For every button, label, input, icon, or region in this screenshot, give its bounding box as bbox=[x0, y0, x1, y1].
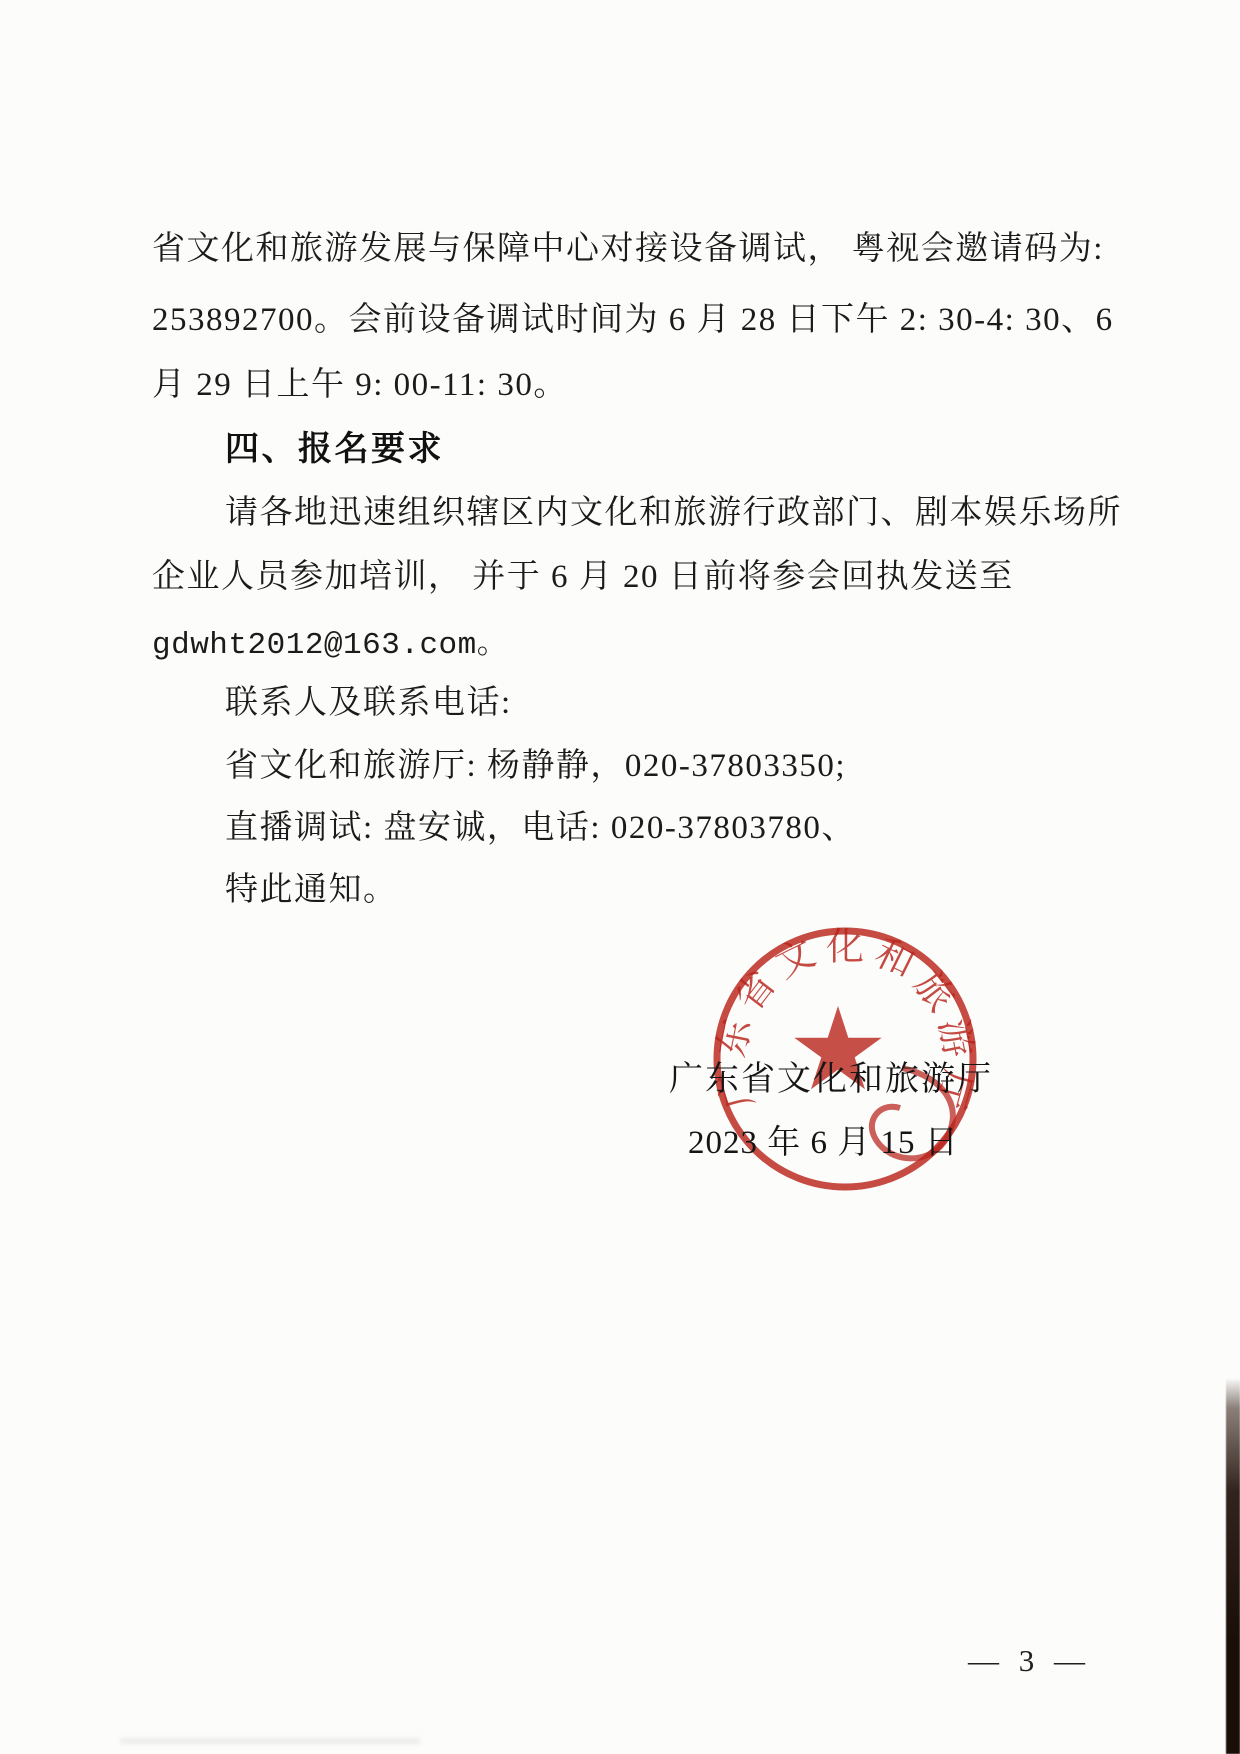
doc-line-6: 企业人员参加培训， 并于 6 月 20 日前将参会回执发送至 bbox=[152, 550, 1014, 597]
doc-line-1: 省文化和旅游发展与保障中心对接设备调试， 粤视会邀请码为: bbox=[152, 222, 1104, 269]
doc-line-5: 请各地迅速组织辖区内文化和旅游行政部门、剧本娱乐场所 bbox=[225, 486, 1122, 533]
signature-date: 2023 年 6 月 15 日 bbox=[688, 1116, 959, 1163]
scan-smudge bbox=[120, 1738, 420, 1744]
contact-line-2: 直播调试: 盘安诚，电话: 020-37803780、 bbox=[225, 801, 856, 848]
section-heading-registration: 四、报名要求 bbox=[225, 421, 444, 470]
page-number: — 3 — bbox=[968, 1643, 1091, 1679]
contact-intro-line: 联系人及联系电话: bbox=[225, 676, 512, 723]
email-address-line: gdwht2012@163.com。 bbox=[152, 617, 508, 663]
scan-edge-shadow bbox=[1226, 1378, 1240, 1754]
doc-line-3: 月 29 日上午 9: 00-11: 30。 bbox=[152, 358, 568, 405]
closing-line: 特此通知。 bbox=[225, 863, 398, 910]
contact-line-1: 省文化和旅游厅: 杨静静，020-37803350; bbox=[225, 739, 846, 786]
signature-organization: 广东省文化和旅游厅 bbox=[669, 1051, 993, 1100]
scanned-document-page: 省文化和旅游发展与保障中心对接设备调试， 粤视会邀请码为: 253892700。… bbox=[0, 0, 1240, 1754]
doc-line-2: 253892700。会前设备调试时间为 6 月 28 日下午 2: 30-4: … bbox=[152, 293, 1114, 340]
